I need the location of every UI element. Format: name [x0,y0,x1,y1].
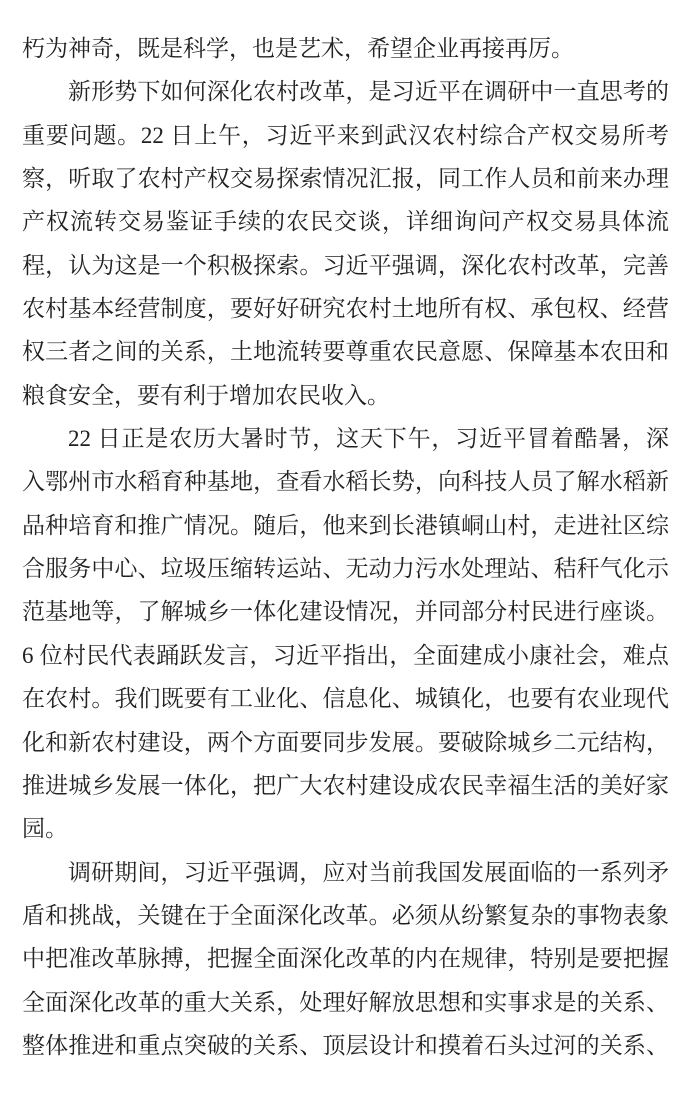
text-line: 合服务中心、垃圾压缩转运站、无动力污水处理站、秸秆气化示 [22,547,669,590]
text-line: 园。 [22,807,669,850]
text-line: 盾和挑战，关键在于全面深化改革。必须从纷繁复杂的事物表象 [22,894,669,937]
document-content: 朽为神奇，既是科学，也是艺术，希望企业再接再厉。新形势下如何深化农村改革，是习近… [22,27,669,1067]
text-line: 22 日正是农历大暑时节，这天下午，习近平冒着酷暑，深 [22,417,669,460]
text-line: 入鄂州市水稻育种基地，查看水稻长势，向科技人员了解水稻新 [22,460,669,503]
text-line: 品种培育和推广情况。随后，他来到长港镇峒山村，走进社区综 [22,504,669,547]
paragraph: 调研期间，习近平强调，应对当前我国发展面临的一系列矛盾和挑战，关键在于全面深化改… [22,851,669,1068]
document-page: 朽为神奇，既是科学，也是艺术，希望企业再接再厉。新形势下如何深化农村改革，是习近… [0,0,691,1096]
paragraph: 22 日正是农历大暑时节，这天下午，习近平冒着酷暑，深入鄂州市水稻育种基地，查看… [22,417,669,850]
text-line: 粮食安全，要有利于增加农民收入。 [22,374,669,417]
text-line: 朽为神奇，既是科学，也是艺术，希望企业再接再厉。 [22,27,669,70]
text-line: 整体推进和重点突破的关系、顶层设计和摸着石头过河的关系、 [22,1024,669,1067]
text-line: 化和新农村建设，两个方面要同步发展。要破除城乡二元结构， [22,721,669,764]
text-line: 在农村。我们既要有工业化、信息化、城镇化，也要有农业现代 [22,677,669,720]
paragraph: 新形势下如何深化农村改革，是习近平在调研中一直思考的重要问题。22 日上午，习近… [22,70,669,417]
text-line: 农村基本经营制度，要好好研究农村土地所有权、承包权、经营 [22,287,669,330]
text-line: 产权流转交易鉴证手续的农民交谈，详细询问产权交易具体流 [22,200,669,243]
text-line: 推进城乡发展一体化，把广大农村建设成农民幸福生活的美好家 [22,764,669,807]
text-line: 6 位村民代表踊跃发言，习近平指出，全面建成小康社会，难点 [22,634,669,677]
text-line: 察，听取了农村产权交易探索情况汇报，同工作人员和前来办理 [22,157,669,200]
text-line: 调研期间，习近平强调，应对当前我国发展面临的一系列矛 [22,851,669,894]
text-line: 全面深化改革的重大关系，处理好解放思想和实事求是的关系、 [22,981,669,1024]
text-line: 范基地等，了解城乡一体化建设情况，并同部分村民进行座谈。 [22,590,669,633]
text-line: 新形势下如何深化农村改革，是习近平在调研中一直思考的 [22,70,669,113]
text-line: 程，认为这是一个积极探索。习近平强调，深化农村改革，完善 [22,244,669,287]
text-line: 中把准改革脉搏，把握全面深化改革的内在规律，特别是要把握 [22,937,669,980]
text-line: 权三者之间的关系，土地流转要尊重农民意愿、保障基本农田和 [22,330,669,373]
paragraph: 朽为神奇，既是科学，也是艺术，希望企业再接再厉。 [22,27,669,70]
text-line: 重要问题。22 日上午，习近平来到武汉农村综合产权交易所考 [22,114,669,157]
